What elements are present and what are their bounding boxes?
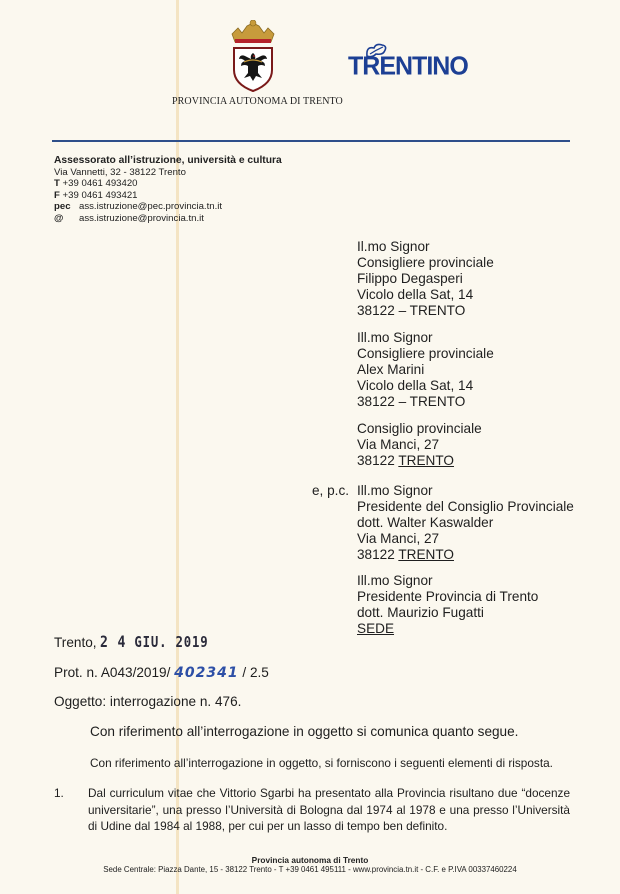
email-link[interactable]: ass.istruzione@provincia.tn.it	[79, 213, 204, 224]
recipient-degasperi: Il.mo Signor Consigliere provinciale Fil…	[357, 239, 494, 319]
coat-of-arms-icon	[228, 20, 278, 92]
cc-label: e, p.c.	[312, 483, 349, 498]
protocol-line: Prot. n. A043/2019/ 402341 / 2.5	[54, 665, 269, 681]
recipient-consiglio: Consiglio provinciale Via Manci, 27 3812…	[357, 421, 482, 469]
office-pec: pecass.istruzione@pec.provincia.tn.it	[54, 201, 282, 213]
office-phone: T +39 0461 493420	[54, 178, 282, 190]
trentino-brand-logo: TRENTINO	[348, 42, 463, 82]
department-name: Assessorato all’istruzione, università e…	[54, 155, 282, 167]
footer-details: Sede Centrale: Piazza Dante, 15 - 38122 …	[0, 865, 620, 875]
office-email: @ass.istruzione@provincia.tn.it	[54, 213, 282, 225]
header-divider	[52, 140, 570, 142]
footer-title: Provincia autonoma di Trento	[0, 855, 620, 865]
intro-paragraph-2: Con riferimento all’interrogazione in og…	[90, 756, 553, 770]
date-line: Trento, 2 4 GIU. 2019	[54, 632, 233, 651]
protocol-number-handwritten: 402341	[174, 665, 238, 681]
institution-name: PROVINCIA AUTONOMA DI TRENTO	[172, 96, 343, 107]
recipient-marini: Ill.mo Signor Consigliere provinciale Al…	[357, 330, 494, 410]
cc-recipient-kaswalder: Ill.mo Signor Presidente del Consiglio P…	[357, 483, 574, 563]
pec-link[interactable]: ass.istruzione@pec.provincia.tn.it	[79, 201, 222, 212]
cc-recipient-fugatti: Ill.mo Signor Presidente Provincia di Tr…	[357, 573, 538, 637]
office-fax: F +39 0461 493421	[54, 190, 282, 202]
trentino-wordmark: TRENTINO	[348, 51, 468, 81]
date-stamp: 2 4 GIU. 2019	[100, 632, 208, 651]
office-block: Assessorato all’istruzione, università e…	[54, 155, 282, 224]
page-footer: Provincia autonoma di Trento Sede Centra…	[0, 855, 620, 875]
subject-line: Oggetto: interrogazione n. 476.	[54, 694, 241, 709]
office-address: Via Vannetti, 32 - 38122 Trento	[54, 167, 282, 179]
intro-paragraph: Con riferimento all’interrogazione in og…	[90, 724, 518, 739]
answer-item: 1. Dal curriculum vitae che Vittorio Sga…	[54, 785, 570, 835]
